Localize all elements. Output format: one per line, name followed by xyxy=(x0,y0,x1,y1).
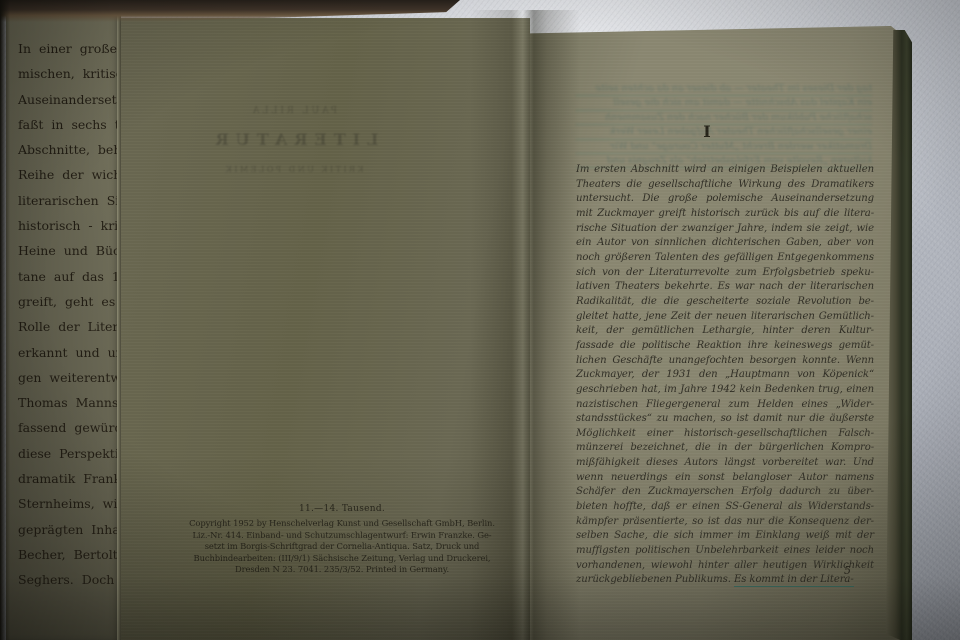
body-last-line: zurückgebliebenen Publikums. Es kommt in… xyxy=(576,573,874,588)
colophon-line: Dresden N 23. 7041. 235/3/52. Printed in… xyxy=(183,564,501,576)
body-text-line: vorhandenen, wiewohl hinter aller heutig… xyxy=(576,559,874,574)
flap-text-line: mischen, kritischen und xyxy=(6,61,120,86)
showthrough-title: LITERATUR xyxy=(176,130,411,149)
colophon-line: setzt im Borgis-Schriftgrad der Cornelia… xyxy=(183,541,501,553)
flap-blurb-text: In einer großen Vielfamischen, kritische… xyxy=(6,36,120,593)
colophon-line: Copyright 1952 by Henschelverlag Kunst u… xyxy=(183,518,501,530)
flap-text-line: greift, geht es um die g xyxy=(6,289,120,314)
colophon-imprint-lines: Copyright 1952 by Henschelverlag Kunst u… xyxy=(183,518,501,576)
body-text-line: Radikalität, die die gescheiterte sozial… xyxy=(576,295,874,310)
body-text-line: selben Sache, die sich immer im Einklang… xyxy=(576,529,874,544)
bleedthrough-text-block: tag der Dieses im Theater — ab dieser an… xyxy=(576,82,872,168)
flap-text-line: dramatik Frank Wedek xyxy=(6,466,120,491)
bleedthrough-line: tag der Dieses im Theater — ab dieser an… xyxy=(576,82,872,96)
flap-text-line: Reihe der wichtigsten F xyxy=(6,162,120,187)
bleedthrough-line: Dramatiker werden Brecht „Mutter Courage… xyxy=(576,140,872,154)
body-text-line: fassade die politische Reaktion ihre kei… xyxy=(576,339,874,354)
body-text-line: Im ersten Abschnitt wird an einigen Beis… xyxy=(576,163,874,178)
bleedthrough-line: kulturen „Revolte vom Erfolgsbetrieb“ al… xyxy=(576,154,872,168)
flap-text-line: historisch - kritische Bet xyxy=(6,213,120,238)
body-text-line: keit, der gemütlichen Lethargie, hinter … xyxy=(576,324,874,339)
body-text-line: ein Autor von sinnlichen dichterischen G… xyxy=(576,236,874,251)
showthrough-subtitle: KRITIK UND POLEMIK xyxy=(176,165,411,174)
flap-edge-highlight xyxy=(117,12,121,640)
bleedthrough-line: einer gesellschaftlichen Theater Aufgabe… xyxy=(576,125,872,139)
colophon-line: Buchbindearbeiten: (III/9/1) Sächsische … xyxy=(183,553,501,565)
body-text-line: noch größeren Talenten des gefälligen En… xyxy=(576,251,874,266)
page-number: 5 xyxy=(844,564,851,577)
body-text-line: geschrieben hat, im Jahre 1942 kein Bede… xyxy=(576,383,874,398)
flap-text-line: gen weiterentwickelt xyxy=(6,365,120,390)
colophon: 11.—14. Tausend. Copyright 1952 by Hensc… xyxy=(183,504,501,576)
flap-text-line: Auseinandersetzungen, xyxy=(6,87,120,112)
body-text-line: lichen Geschäfte unangefochten besorgen … xyxy=(576,354,874,369)
flap-text-line: Thomas Manns große xyxy=(6,390,120,415)
flap-text-line: Rolle der Literatur, wie xyxy=(6,314,120,339)
body-text-line: Zuckmayer, der 1931 den „Hauptmann von K… xyxy=(576,368,874,383)
jacket-flap: In einer großen Vielfamischen, kritische… xyxy=(6,12,120,640)
bleedthrough-line: ein Kapitel das Abschnitte — damit am si… xyxy=(576,96,872,110)
flap-text-line: diese Perspektive wie di xyxy=(6,441,120,466)
photo-left-dark-edge xyxy=(0,0,10,640)
body-text-line: mißfähigkeit dieses Autors längst vorber… xyxy=(576,456,874,471)
body-text-line: untersucht. Die große polemische Auseina… xyxy=(576,192,874,207)
bleedthrough-line: schaftliche Publikum der Bücher nach den… xyxy=(576,111,872,125)
body-text-line: sich von der Literaturrevolte zum Erfolg… xyxy=(576,266,874,281)
flap-text-line: faßt in sechs thematis xyxy=(6,112,120,137)
title-page-showthrough: PAUL RILLA LITERATUR KRITIK UND POLEMIK xyxy=(176,106,411,174)
flap-text-line: erkannt und unter neu xyxy=(6,340,120,365)
body-text: Im ersten Abschnitt wird an einigen Beis… xyxy=(576,163,874,588)
left-page: PAUL RILLA LITERATUR KRITIK UND POLEMIK … xyxy=(121,18,530,640)
chapter-heading: I xyxy=(576,122,872,141)
flap-text-line: geprägten Inhalte bei xyxy=(6,517,120,542)
last-line-plain: zurückgebliebenen Publikums. xyxy=(576,574,734,585)
flap-text-line: tane auf das 19. Jahrhu xyxy=(6,264,120,289)
flap-text-line: In einer großen Vielfa xyxy=(6,36,120,61)
body-text-line: münzerei bezeichnet, die in der bürgerli… xyxy=(576,441,874,456)
body-text-line: rische Situation der zwanziger Jahre, in… xyxy=(576,222,874,237)
body-text-line: Theaters die gesellschaftliche Wirkung d… xyxy=(576,178,874,193)
flap-text-line: fassend gewürdigt, geh xyxy=(6,415,120,440)
showthrough-author: PAUL RILLA xyxy=(176,106,411,116)
flap-text-line: literarischen Situation. xyxy=(6,188,120,213)
flap-text-line: Sternheims, wie die neu xyxy=(6,491,120,516)
right-page: tag der Dieses im Theater — ab dieser an… xyxy=(530,26,908,640)
body-text-line: standsstückes“ zu machen, so ist damit n… xyxy=(576,412,874,427)
body-text-line: mit Zuckmayer greift historisch zurück b… xyxy=(576,207,874,222)
body-text-line: muffigsten politischen Unbelehrbarkeit e… xyxy=(576,544,874,559)
body-text-line: Möglichkeit einer historisch-gesellschaf… xyxy=(576,427,874,442)
pencil-underlined-text: Es kommt in der Litera- xyxy=(734,574,854,587)
body-text-line: nazistischen Fliegergeneral zum Helden e… xyxy=(576,398,874,413)
body-text-line: Schäfer den Zuckmayerschen Erfolg dadurc… xyxy=(576,485,874,500)
flap-text-line: Becher, Bertolt Brech xyxy=(6,542,120,567)
book-photograph: In einer großen Vielfamischen, kritische… xyxy=(0,0,960,640)
body-text-line: bieten hoffte, daß er einen SS-General a… xyxy=(576,500,874,515)
flap-text-line: Abschnitte, behandelt di xyxy=(6,137,120,162)
body-lines: Im ersten Abschnitt wird an einigen Beis… xyxy=(576,163,874,573)
body-text-line: lativen Theaters bekehrte. Es war nach d… xyxy=(576,280,874,295)
flap-text-line: Heine und Büchner, Ba xyxy=(6,238,120,263)
flap-text-line: Seghers. Doch der Rah xyxy=(6,567,120,592)
body-text-line: gleitet hatte, jene Zeit der neuen liter… xyxy=(576,310,874,325)
body-text-line: wenn neuerdings ein sonst belangloser Au… xyxy=(576,471,874,486)
colophon-line: Liz.-Nr. 414. Einband- und Schutzumschla… xyxy=(183,530,501,542)
body-text-line: kämpfer präsentierte, so ist das nur die… xyxy=(576,515,874,530)
colophon-edition-line: 11.—14. Tausend. xyxy=(183,504,501,514)
